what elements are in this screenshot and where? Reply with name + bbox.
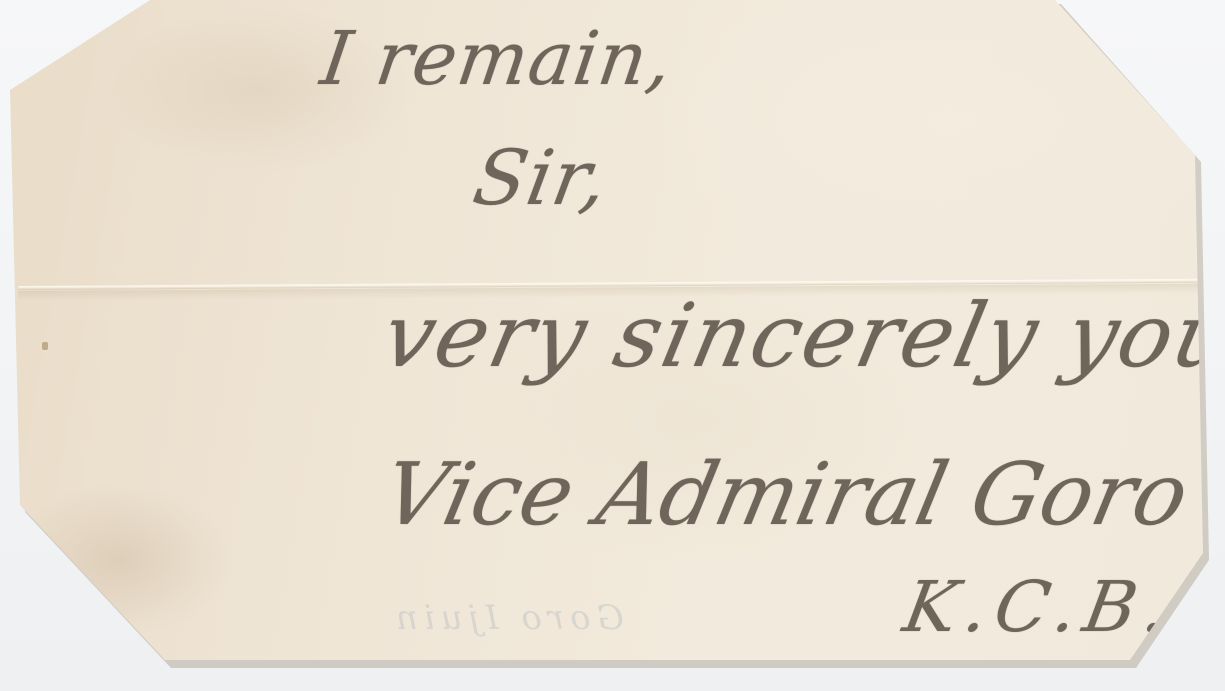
paper-spot bbox=[42, 342, 48, 350]
scanned-document: Goro Ijuin I remain, Sir, very sincerely… bbox=[0, 0, 1225, 691]
closing-very-sincerely-yours: very sincerely yours bbox=[376, 292, 1225, 380]
bleed-through-text: Goro Ijuin bbox=[390, 598, 624, 638]
signature-name: Vice Admiral Goro Ijuin, bbox=[376, 452, 1225, 538]
paper-clipping: Goro Ijuin I remain, Sir, very sincerely… bbox=[0, 0, 1225, 691]
salutation-sir: Sir, bbox=[468, 140, 614, 216]
signature-honours: K.C.B. bbox=[899, 572, 1181, 642]
closing-line-i-remain: I remain, bbox=[317, 22, 677, 96]
